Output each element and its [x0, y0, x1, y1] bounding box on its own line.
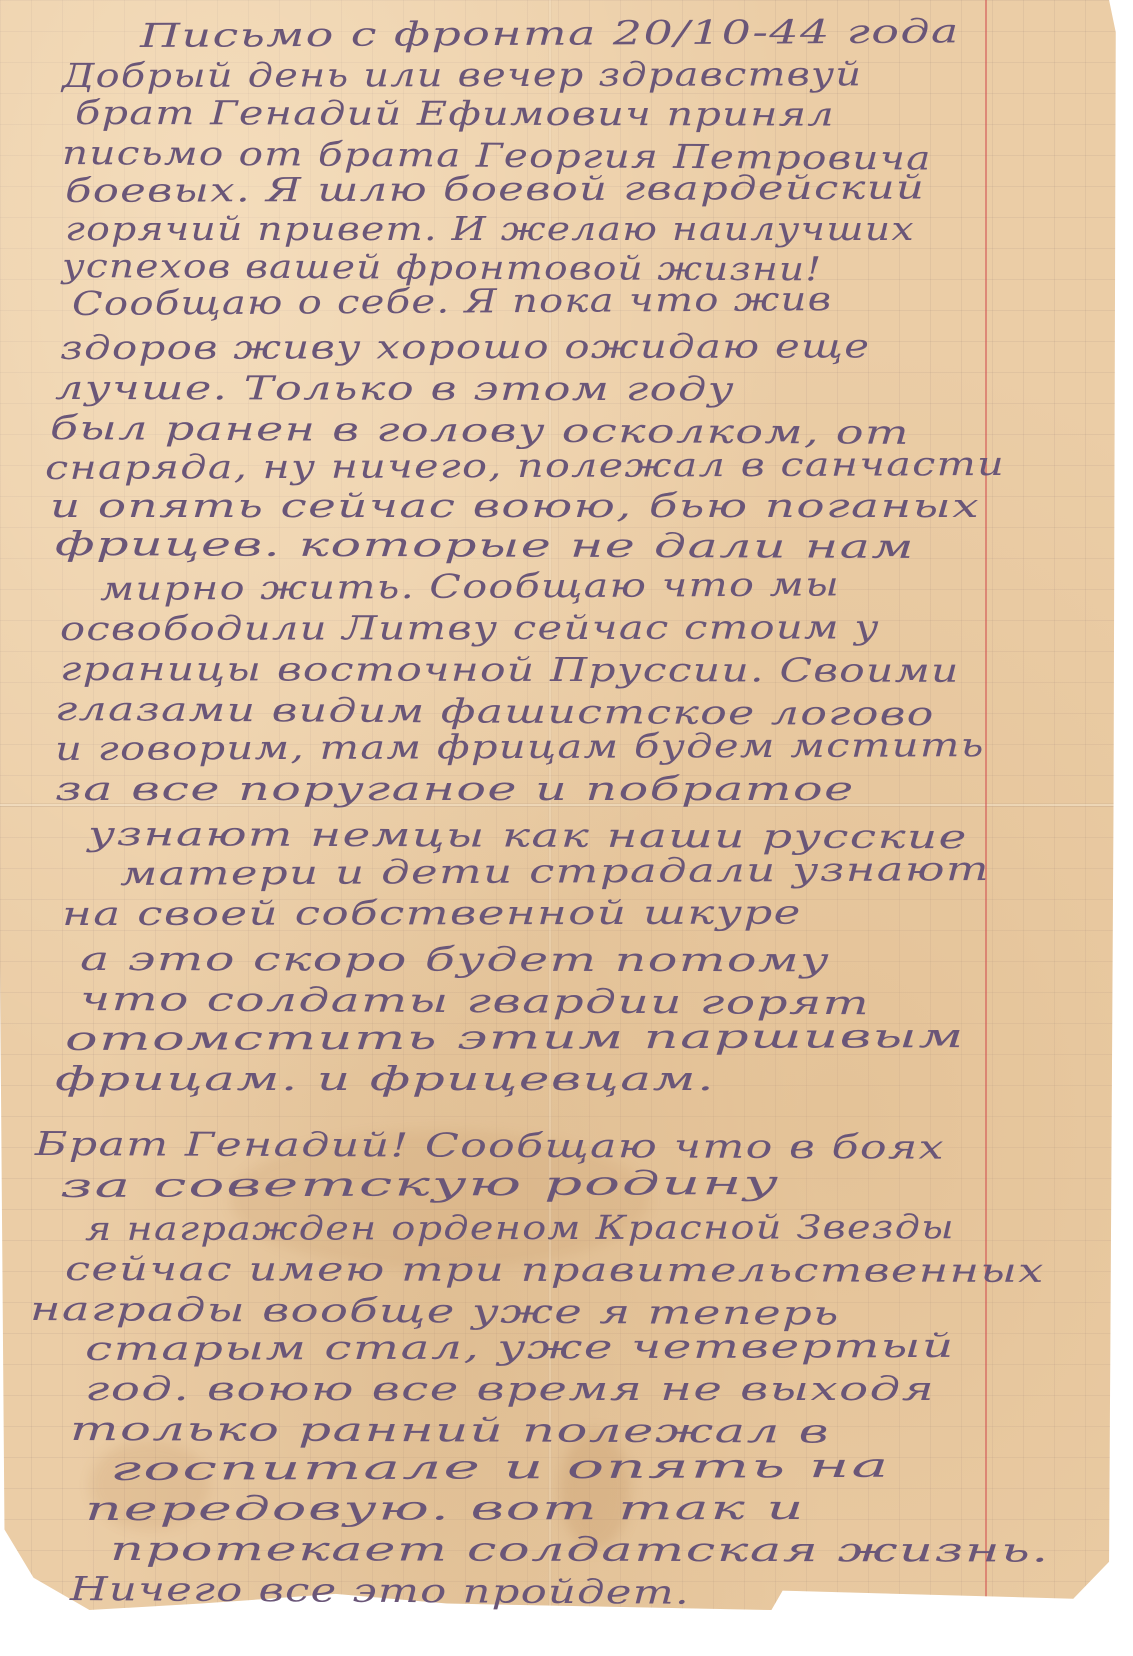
letter-line: на своей собственной шкуре: [62, 893, 802, 933]
letter-line: госпитале и опять на: [110, 1446, 891, 1488]
letter-line: а это скоро будет потому: [80, 939, 830, 979]
letter-line: брат Генадий Ефимович принял: [75, 93, 835, 134]
letter-line: что солдаты гвардии горят: [80, 979, 871, 1022]
letter-line: здоров живу хорошо ожидаю еще: [60, 326, 870, 367]
letter-line: передовую. вот так и: [85, 1488, 805, 1528]
letter-line: Сообщаю о себе. Я пока что жив: [72, 279, 833, 323]
letter-line: старым стал, уже четвертый: [85, 1326, 955, 1368]
letter-line: боевых. Я шлю боевой гвардейский: [65, 168, 925, 210]
letter-line: Письмо с фронта 20/10-44 года: [140, 11, 960, 55]
letter-line: освободили Литву сейчас стоим у: [60, 607, 880, 648]
letter-line: Добрый день или вечер здравствуй: [62, 54, 862, 95]
letter-line: сейчас имею три правительственных: [65, 1249, 1045, 1290]
handwritten-text: Письмо с фронта 20/10-44 годаДобрый день…: [0, 0, 1100, 1656]
letter-line: Ничего все это пройдет.: [70, 1569, 690, 1612]
letter-line: отомстить этим паршивым: [65, 1016, 965, 1058]
letter-line: фрицам. и фрицевцам.: [55, 1059, 715, 1098]
letter-line: лучше. Только в этом году: [55, 368, 735, 408]
letter-line: и говорим, там фрицам будем мстить: [55, 725, 985, 768]
letter-line: только ранний полежал в: [70, 1409, 830, 1451]
letter-line: фрицев. которые не дали нам: [55, 524, 915, 566]
letter-line: за советскую родину: [60, 1163, 781, 1205]
letter-line: и опять сейчас воюю, бью поганых: [50, 486, 980, 525]
letter-line: снаряда, ну ничего, полежал в санчасти: [45, 444, 1005, 487]
letter-line: я награжден орденом Красной Звезды: [85, 1207, 955, 1248]
letter-line: границы восточной Пруссии. Своими: [60, 649, 960, 690]
letter-line: за все поруганое и побратое: [55, 769, 855, 808]
letter-line: год. воюю все время не выходя: [85, 1369, 935, 1408]
letter-line: матери и дети страдали узнают: [120, 849, 990, 893]
letter-line: горячий привет. И желаю наилучших: [65, 209, 915, 248]
letter-line: мирно жить. Сообщаю что мы: [100, 564, 840, 608]
letter-line: протекает солдатская жизнь.: [110, 1529, 1050, 1570]
letter-line: Брат Генадий! Сообщаю что в боях: [35, 1124, 945, 1167]
